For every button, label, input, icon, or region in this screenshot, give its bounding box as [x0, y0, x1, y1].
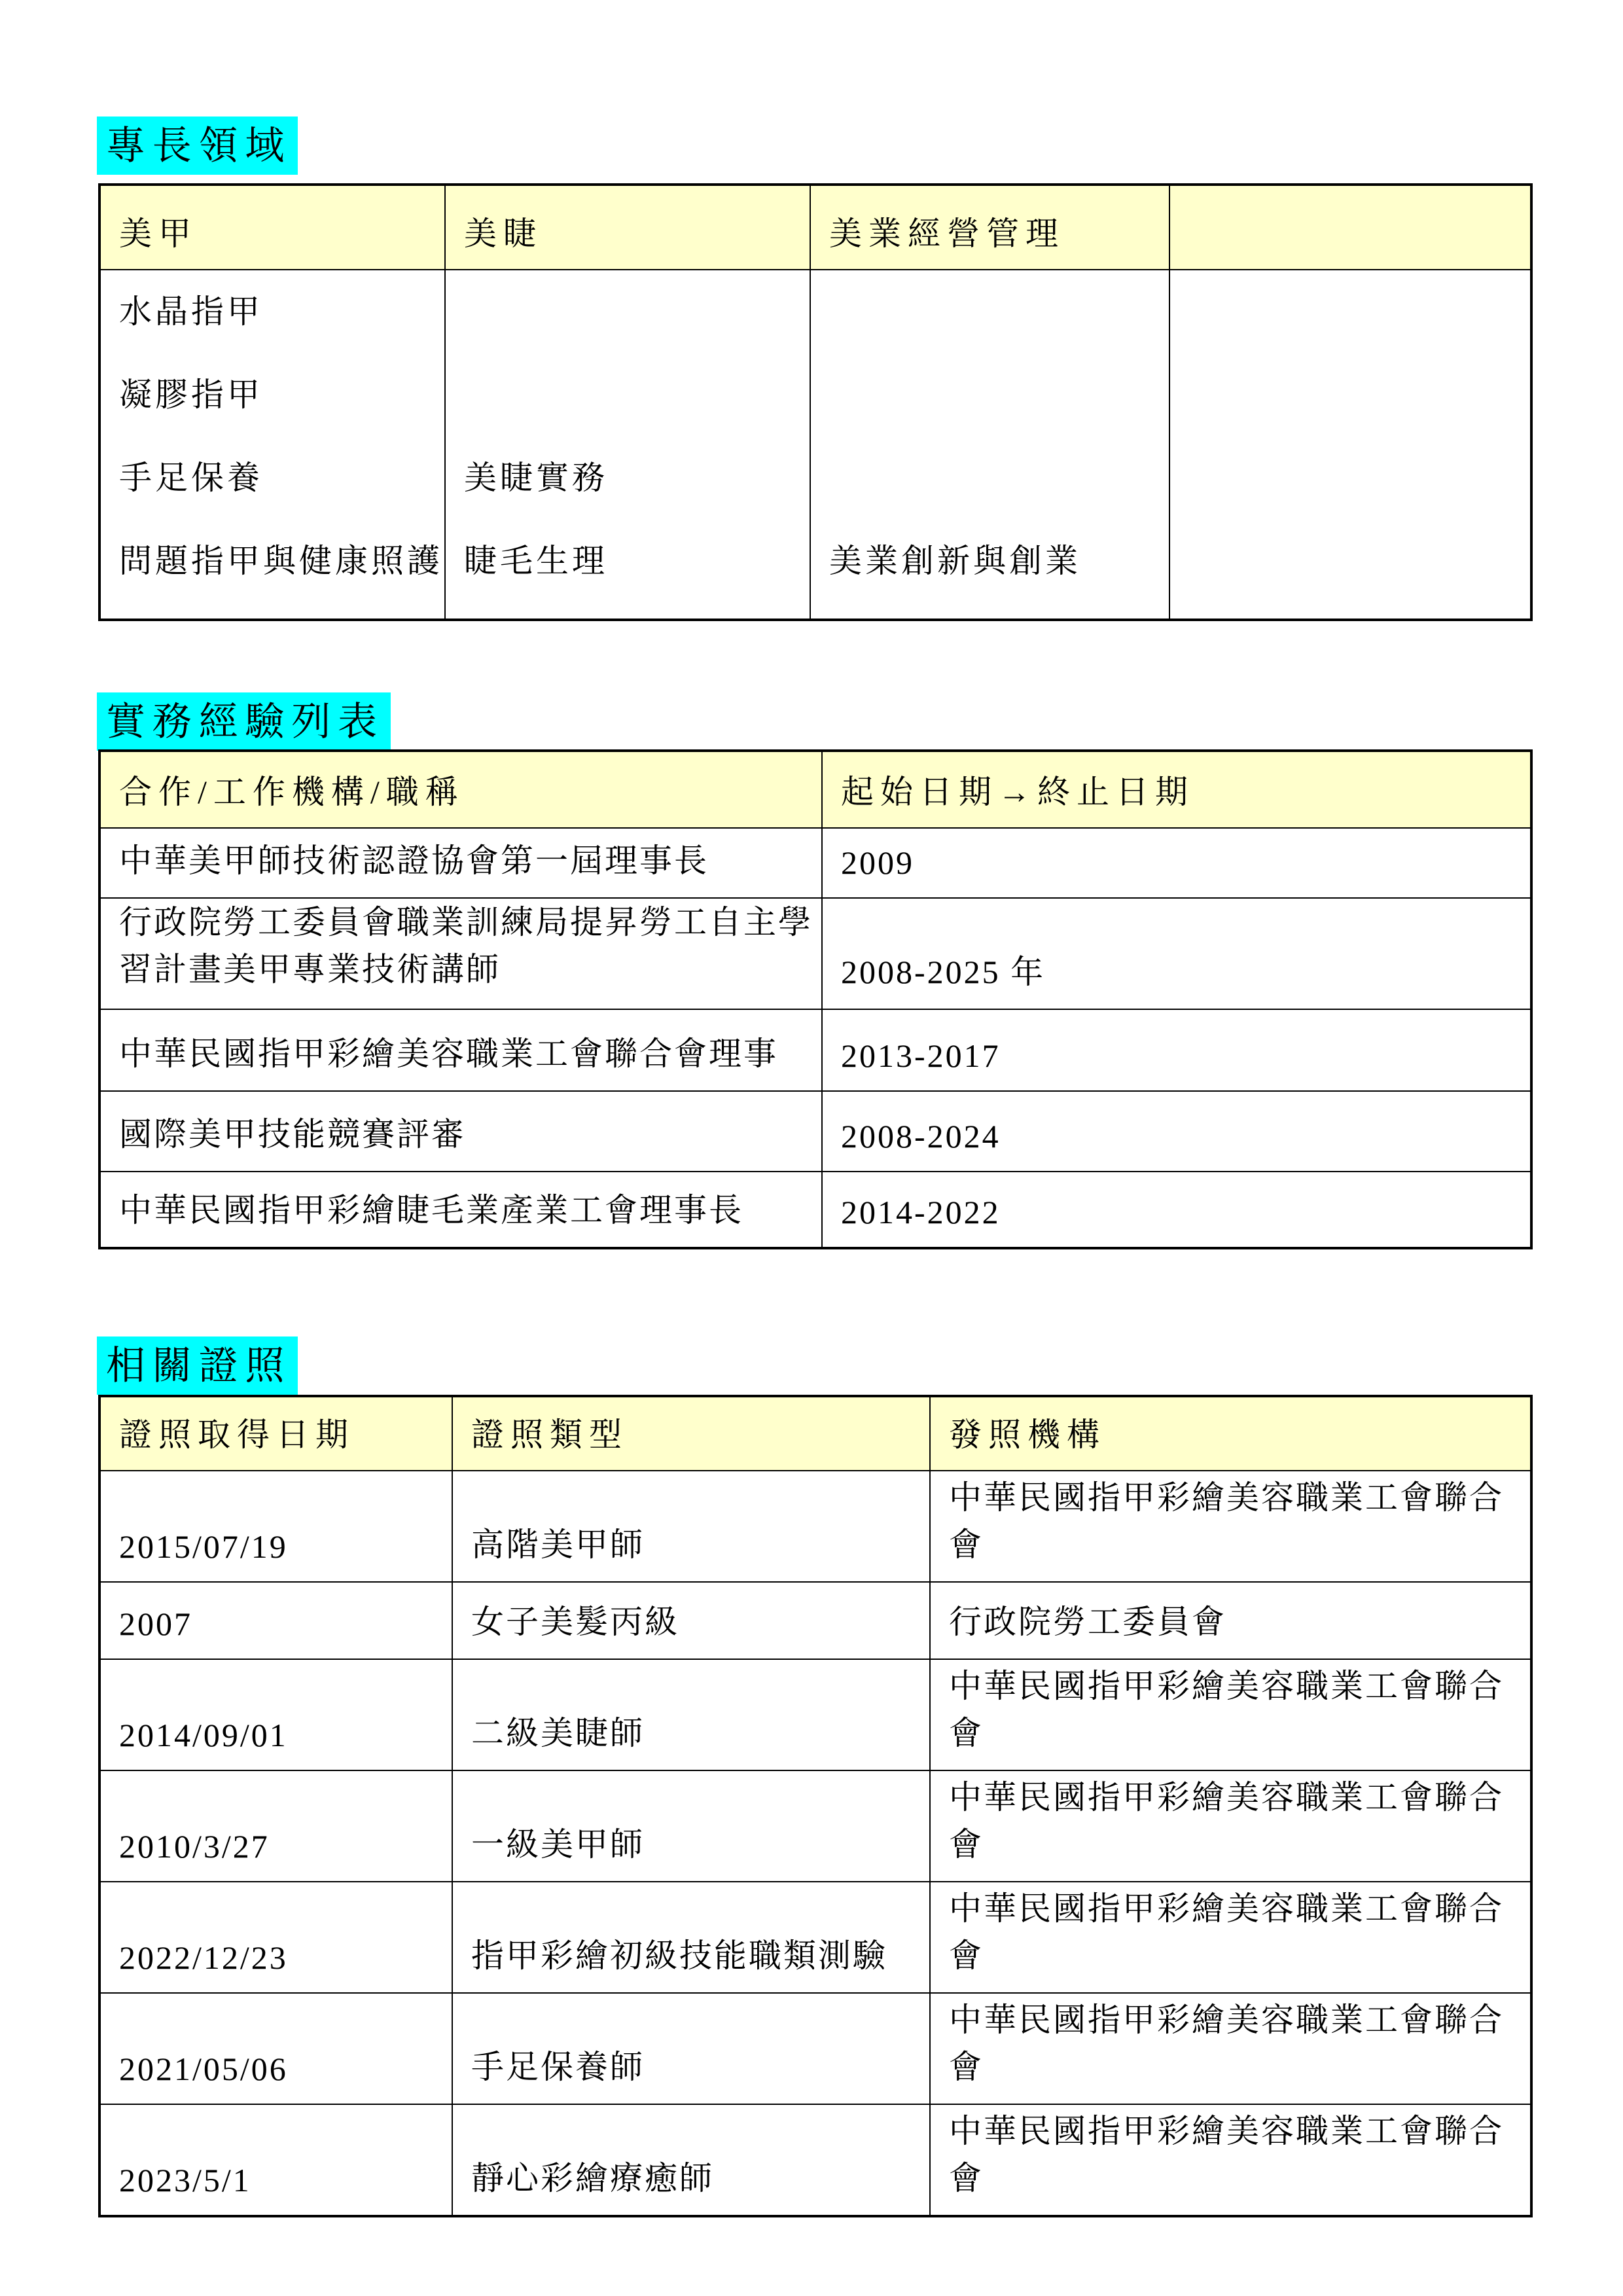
certificates-header-row: 證照取得日期 證照類型 發照機構: [99, 1396, 1531, 1471]
certificate-issuer: 中華民國指甲彩繪美容職業工會聯合會: [930, 1770, 1531, 1882]
specialty-item: 問題指甲與健康照護: [119, 520, 438, 603]
certificates-header-issuer: 發照機構: [930, 1396, 1531, 1471]
experience-organization: 中華美甲師技術認證協會第一屆理事長: [99, 828, 822, 898]
table-row: 2021/05/06 手足保養師 中華民國指甲彩繪美容職業工會聯合會: [99, 1993, 1531, 2104]
specialty-lash-items-cell: 美睫實務 睫毛生理: [445, 270, 810, 620]
table-row: 中華民國指甲彩繪美容職業工會聯合會理事 2013-2017: [99, 1009, 1531, 1091]
specialty-body-row: 水晶指甲 凝膠指甲 手足保養 問題指甲與健康照護 美睫實務 睫毛生理 美業創新與…: [99, 270, 1531, 620]
specialty-table: 美甲 美睫 美業經營管理 水晶指甲 凝膠指甲 手足保養 問題指甲與健康照護 美睫…: [98, 183, 1533, 621]
certificate-date: 2021/05/06: [99, 1993, 452, 2104]
certificates-table: 證照取得日期 證照類型 發照機構 2015/07/19 高階美甲師 中華民國指甲…: [98, 1395, 1533, 2217]
specialty-header-empty: [1169, 185, 1531, 270]
certificate-date: 2014/09/01: [99, 1659, 452, 1770]
experience-header-organization: 合作/工作機構/職稱: [99, 751, 822, 828]
table-row: 2010/3/27 一級美甲師 中華民國指甲彩繪美容職業工會聯合會: [99, 1770, 1531, 1882]
table-row: 中華美甲師技術認證協會第一屆理事長 2009: [99, 828, 1531, 898]
specialty-header-lashes: 美睫: [445, 185, 810, 270]
certificate-type: 高階美甲師: [452, 1471, 930, 1582]
certificate-type: 靜心彩繪療癒師: [452, 2104, 930, 2216]
certificate-issuer: 中華民國指甲彩繪美容職業工會聯合會: [930, 1659, 1531, 1770]
specialty-item: 美睫實務: [464, 437, 803, 520]
specialty-management-cell: 美業創新與創業: [810, 270, 1169, 620]
specialty-item: 水晶指甲: [119, 270, 438, 353]
table-row: 中華民國指甲彩繪睫毛業產業工會理事長 2014-2022: [99, 1172, 1531, 1248]
experience-organization: 中華民國指甲彩繪美容職業工會聯合會理事: [99, 1009, 822, 1091]
certificate-issuer: 中華民國指甲彩繪美容職業工會聯合會: [930, 1882, 1531, 1993]
certificates-header-date: 證照取得日期: [99, 1396, 452, 1471]
specialty-item: 睫毛生理: [464, 520, 803, 603]
specialty-item: 美業創新與創業: [829, 520, 1162, 603]
experience-period: 2013-2017: [822, 1009, 1531, 1091]
certificate-date: 2022/12/23: [99, 1882, 452, 1993]
experience-header-row: 合作/工作機構/職稱 起始日期→終止日期: [99, 751, 1531, 828]
certificate-date: 2007: [99, 1582, 452, 1659]
experience-period: 2008-2025 年: [822, 898, 1531, 1009]
table-row: 2007 女子美髮丙級 行政院勞工委員會: [99, 1582, 1531, 1659]
document-page: 專長領域 美甲 美睫 美業經營管理 水晶指甲 凝膠指甲 手足保養 問題指甲與健康…: [0, 0, 1623, 2296]
experience-organization: 行政院勞工委員會職業訓練局提昇勞工自主學習計畫美甲專業技術講師: [99, 898, 822, 1009]
experience-period: 2014-2022: [822, 1172, 1531, 1248]
certificate-date: 2010/3/27: [99, 1770, 452, 1882]
table-row: 國際美甲技能競賽評審 2008-2024: [99, 1091, 1531, 1172]
experience-organization: 國際美甲技能競賽評審: [99, 1091, 822, 1172]
specialty-empty-cell: [1169, 270, 1531, 620]
specialty-header-nails: 美甲: [99, 185, 445, 270]
experience-table: 合作/工作機構/職稱 起始日期→終止日期 中華美甲師技術認證協會第一屆理事長 2…: [98, 749, 1533, 1249]
section-title-certificates: 相關證照: [97, 1336, 298, 1395]
certificate-type: 女子美髮丙級: [452, 1582, 930, 1659]
certificate-date: 2023/5/1: [99, 2104, 452, 2216]
table-row: 2022/12/23 指甲彩繪初級技能職類測驗 中華民國指甲彩繪美容職業工會聯合…: [99, 1882, 1531, 1993]
certificates-header-type: 證照類型: [452, 1396, 930, 1471]
experience-period: 2009: [822, 828, 1531, 898]
section-title-experience: 實務經驗列表: [97, 692, 391, 751]
experience-period: 2008-2024: [822, 1091, 1531, 1172]
certificate-date: 2015/07/19: [99, 1471, 452, 1582]
certificate-issuer: 中華民國指甲彩繪美容職業工會聯合會: [930, 2104, 1531, 2216]
experience-header-dates: 起始日期→終止日期: [822, 751, 1531, 828]
certificate-type: 指甲彩繪初級技能職類測驗: [452, 1882, 930, 1993]
specialty-header-management: 美業經營管理: [810, 185, 1169, 270]
specialty-nail-items-cell: 水晶指甲 凝膠指甲 手足保養 問題指甲與健康照護: [99, 270, 445, 620]
table-row: 2023/5/1 靜心彩繪療癒師 中華民國指甲彩繪美容職業工會聯合會: [99, 2104, 1531, 2216]
table-row: 行政院勞工委員會職業訓練局提昇勞工自主學習計畫美甲專業技術講師 2008-202…: [99, 898, 1531, 1009]
specialty-header-row: 美甲 美睫 美業經營管理: [99, 185, 1531, 270]
certificate-issuer: 中華民國指甲彩繪美容職業工會聯合會: [930, 1471, 1531, 1582]
certificate-type: 手足保養師: [452, 1993, 930, 2104]
section-title-specialty: 專長領域: [97, 117, 298, 175]
certificate-issuer: 行政院勞工委員會: [930, 1582, 1531, 1659]
certificate-type: 一級美甲師: [452, 1770, 930, 1882]
specialty-item: 手足保養: [119, 437, 438, 520]
certificate-issuer: 中華民國指甲彩繪美容職業工會聯合會: [930, 1993, 1531, 2104]
table-row: 2015/07/19 高階美甲師 中華民國指甲彩繪美容職業工會聯合會: [99, 1471, 1531, 1582]
certificate-type: 二級美睫師: [452, 1659, 930, 1770]
specialty-item: 凝膠指甲: [119, 353, 438, 437]
table-row: 2014/09/01 二級美睫師 中華民國指甲彩繪美容職業工會聯合會: [99, 1659, 1531, 1770]
experience-organization: 中華民國指甲彩繪睫毛業產業工會理事長: [99, 1172, 822, 1248]
